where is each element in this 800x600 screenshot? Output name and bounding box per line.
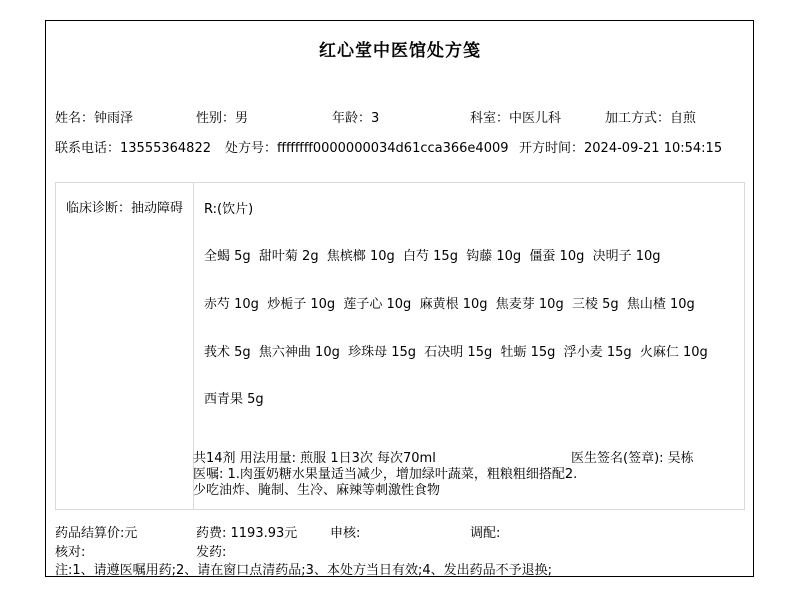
patient-process-label: 加工方式： (605, 111, 670, 126)
patient-name-value: 钟雨泽 (94, 111, 133, 126)
patient-dept-value: 中医儿科 (509, 111, 561, 126)
prescription-box: 临床诊断：抽动障碍 R:(饮片) 全蝎 5g 甜叶菊 2g 焦槟榔 10g 白芍… (55, 182, 745, 510)
rx-time-field: 开方时间：2024-09-21 10:54:15 (519, 137, 722, 156)
doctor-signature-field: 医生签名(签章): 吴栋 (571, 447, 694, 466)
settle-price-value: 元 (124, 526, 137, 541)
patient-gender-field: 性别：男 (196, 107, 248, 126)
page-title: 红心堂中医馆处方笺 (0, 36, 800, 61)
rx-number-label: 处方号： (225, 141, 277, 156)
patient-phone-value: 13555364822 (120, 141, 211, 156)
diagnosis-label: 临床诊断： (66, 201, 131, 216)
footer-note: 注:1、请遵医嘱用药;2、请在窗口点清药品;3、本处方当日有效;4、发出药品不予… (55, 559, 552, 578)
settle-price-field: 药品结算价:元 (55, 522, 137, 541)
rx-medicine-line-1: 全蝎 5g 甜叶菊 2g 焦槟榔 10g 白芍 15g 钩藤 10g 僵蚕 10… (204, 245, 661, 264)
patient-age-field: 年龄：3 (332, 107, 379, 126)
patient-gender-label: 性别： (196, 111, 235, 126)
check-field: 核对: (55, 541, 85, 560)
doctor-advice-line-2: 少吃油炸、腌制、生冷、麻辣等刺激性食物 (193, 479, 440, 498)
patient-process-value: 自煎 (670, 111, 696, 126)
rx-number-field: 处方号：ffffffff0000000034d61cca366e4009 (225, 137, 509, 156)
patient-gender-value: 男 (235, 111, 248, 126)
rx-medicine-line-2: 赤芍 10g 炒栀子 10g 莲子心 10g 麻黄根 10g 焦麦芽 10g 三… (204, 293, 695, 312)
doctor-signature-label: 医生签名(签章): (571, 451, 668, 466)
fee-value: 1193.93元 (231, 526, 298, 541)
diagnosis-field: 临床诊断：抽动障碍 (66, 197, 183, 216)
patient-name-label: 姓名： (55, 111, 94, 126)
patient-dept-label: 科室： (470, 111, 509, 126)
patient-age-label: 年龄： (332, 111, 371, 126)
patient-phone-label: 联系电话： (55, 141, 120, 156)
fee-field: 药费: 1193.93元 (196, 522, 297, 541)
review-field: 申核: (330, 522, 360, 541)
patient-phone-field: 联系电话：13555364822 (55, 137, 211, 156)
prescription-sheet: 红心堂中医馆处方笺 姓名：钟雨泽 性别：男 年龄：3 科室：中医儿科 加工方式：… (0, 0, 800, 600)
doctor-signature-value: 吴栋 (668, 451, 694, 466)
patient-process-field: 加工方式：自煎 (605, 107, 696, 126)
settle-price-label: 药品结算价: (55, 526, 124, 541)
issue-field: 发药: (196, 541, 226, 560)
rx-number-value: ffffffff0000000034d61cca366e4009 (277, 141, 509, 156)
diagnosis-value: 抽动障碍 (131, 201, 183, 216)
diagnosis-cell: 临床诊断：抽动障碍 (56, 183, 194, 509)
rx-medicine-line-3: 莪术 5g 焦六神曲 10g 珍珠母 15g 石决明 15g 牡蛎 15g 浮小… (204, 341, 708, 360)
patient-name-field: 姓名：钟雨泽 (55, 107, 133, 126)
patient-age-value: 3 (371, 111, 379, 126)
rx-time-label: 开方时间： (519, 141, 584, 156)
rx-header: R:(饮片) (204, 198, 253, 217)
patient-dept-field: 科室：中医儿科 (470, 107, 561, 126)
fee-label: 药费: (196, 526, 231, 541)
rx-medicine-line-4: 西青果 5g (204, 388, 264, 407)
rx-time-value: 2024-09-21 10:54:15 (584, 141, 722, 156)
dispense-field: 调配: (470, 522, 500, 541)
